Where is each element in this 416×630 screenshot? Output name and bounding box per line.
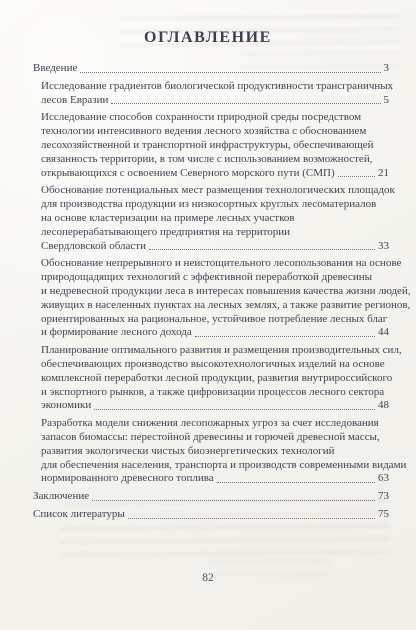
toc-page-number: 44: [378, 326, 389, 340]
toc-entry-line: запасов биомассы: перестойной древесины …: [41, 431, 389, 445]
dot-leader: [94, 409, 375, 410]
toc-entry-line: и недревесной продукции леса в интересах…: [41, 285, 389, 299]
toc-entry-lastline: и формирование лесного дохода44: [41, 326, 389, 340]
toc-entry-line: Исследование способов сохранности природ…: [41, 111, 389, 125]
toc-entry-text: лесов Евразии: [41, 94, 108, 108]
toc-entry: Разработка модели снижения лесопожарных …: [41, 417, 389, 486]
toc-entry-lastline: Список литературы75: [33, 508, 389, 522]
toc-entry-line: комплексной переработки лесной продукции…: [41, 372, 389, 386]
toc-entry-line: Обоснование потенциальных мест размещени…: [41, 184, 389, 198]
toc-entry-line: обеспечивающих производство высокотехнол…: [41, 358, 389, 372]
toc-entry-line: живущих в населенных пунктах на лесных з…: [41, 299, 389, 313]
toc-entry-line: и экспортного рынков, а также цифровизац…: [41, 386, 389, 400]
toc-entry-lastline: Заключение73: [33, 490, 389, 504]
toc-entry-lastline: экономики48: [41, 399, 389, 413]
toc-entry-line: для обеспечения населения, транспорта и …: [41, 459, 389, 473]
toc-entry: Заключение73: [33, 490, 389, 504]
toc-entry-line: развития экологически чистых биоэнергети…: [41, 445, 389, 459]
toc-entry-line: Исследование градиентов биологической пр…: [41, 80, 389, 94]
toc-entry-line: Разработка модели снижения лесопожарных …: [41, 417, 389, 431]
toc-entry-text: нормированного древесного топлива: [41, 472, 214, 486]
toc-entry: Исследование градиентов биологической пр…: [41, 80, 389, 108]
scanned-page: ОГЛАВЛЕНИЕ Введение3Исследование градиен…: [0, 0, 416, 630]
toc-entry-line: природощадящих технологий с эффективной …: [41, 271, 389, 285]
toc-entry-lastline: нормированного древесного топлива63: [41, 472, 389, 486]
toc-entry-lastline: Введение3: [33, 62, 389, 76]
toc-entry-line: технологии интенсивного ведения лесного …: [41, 125, 389, 139]
toc-entry-lastline: открывающихся с освоением Северного морс…: [41, 167, 389, 181]
toc-entry-line: на основе кластеризации на примере лесны…: [41, 212, 389, 226]
dot-leader: [195, 336, 375, 337]
toc-page-number: 33: [378, 240, 389, 254]
toc-page-number: 48: [378, 399, 389, 413]
dot-leader: [217, 482, 375, 483]
toc-entry: Обоснование непрерывного и неистощительн…: [41, 257, 389, 340]
toc-entry-text: Свердловской области: [41, 240, 146, 254]
dot-leader: [111, 103, 380, 104]
toc-page-number: 63: [378, 472, 389, 486]
toc-entry: Обоснование потенциальных мест размещени…: [41, 184, 389, 253]
dot-leader: [80, 72, 380, 73]
toc-entry-line: ориентированных на рациональное, устойчи…: [41, 313, 389, 327]
toc-entry: Введение3: [33, 62, 389, 76]
toc-entry-text: экономики: [41, 399, 91, 413]
toc-entry-text: и формирование лесного дохода: [41, 326, 192, 340]
toc-entry-text: Список литературы: [33, 508, 125, 522]
toc-page-number: 21: [378, 167, 389, 181]
toc-page-number: 3: [384, 62, 390, 76]
toc-entry-line: лесохозяйственной и транспортной инфраст…: [41, 139, 389, 153]
folio-page-number: 82: [0, 572, 416, 584]
toc-entry-line: лесоперерабатывающего предприятия на тер…: [41, 226, 389, 240]
dot-leader: [338, 176, 375, 177]
toc-entry-lastline: лесов Евразии5: [41, 94, 389, 108]
toc-entry-lastline: Свердловской области33: [41, 240, 389, 254]
toc-entry-text: Заключение: [33, 490, 89, 504]
toc-entry-line: Планирование оптимального развития и раз…: [41, 344, 389, 358]
dot-leader: [149, 249, 375, 250]
toc-entry-text: Введение: [33, 62, 77, 76]
toc-entry-line: связанность территории, в том числе с ис…: [41, 153, 389, 167]
toc-entry-line: для производства продукции из низкосортн…: [41, 198, 389, 212]
dot-leader: [128, 518, 375, 519]
toc-entry: Планирование оптимального развития и раз…: [41, 344, 389, 413]
page-title: ОГЛАВЛЕНИЕ: [0, 29, 416, 47]
toc-list: Введение3Исследование градиентов биологи…: [33, 62, 389, 526]
toc-entry: Исследование способов сохранности природ…: [41, 111, 389, 180]
dot-leader: [92, 500, 375, 501]
toc-page-number: 5: [384, 94, 390, 108]
toc-entry: Список литературы75: [33, 508, 389, 522]
toc-page-number: 73: [378, 490, 389, 504]
toc-entry-line: Обоснование непрерывного и неистощительн…: [41, 257, 389, 271]
toc-entry-text: открывающихся с освоением Северного морс…: [41, 167, 335, 181]
toc-page-number: 75: [378, 508, 389, 522]
